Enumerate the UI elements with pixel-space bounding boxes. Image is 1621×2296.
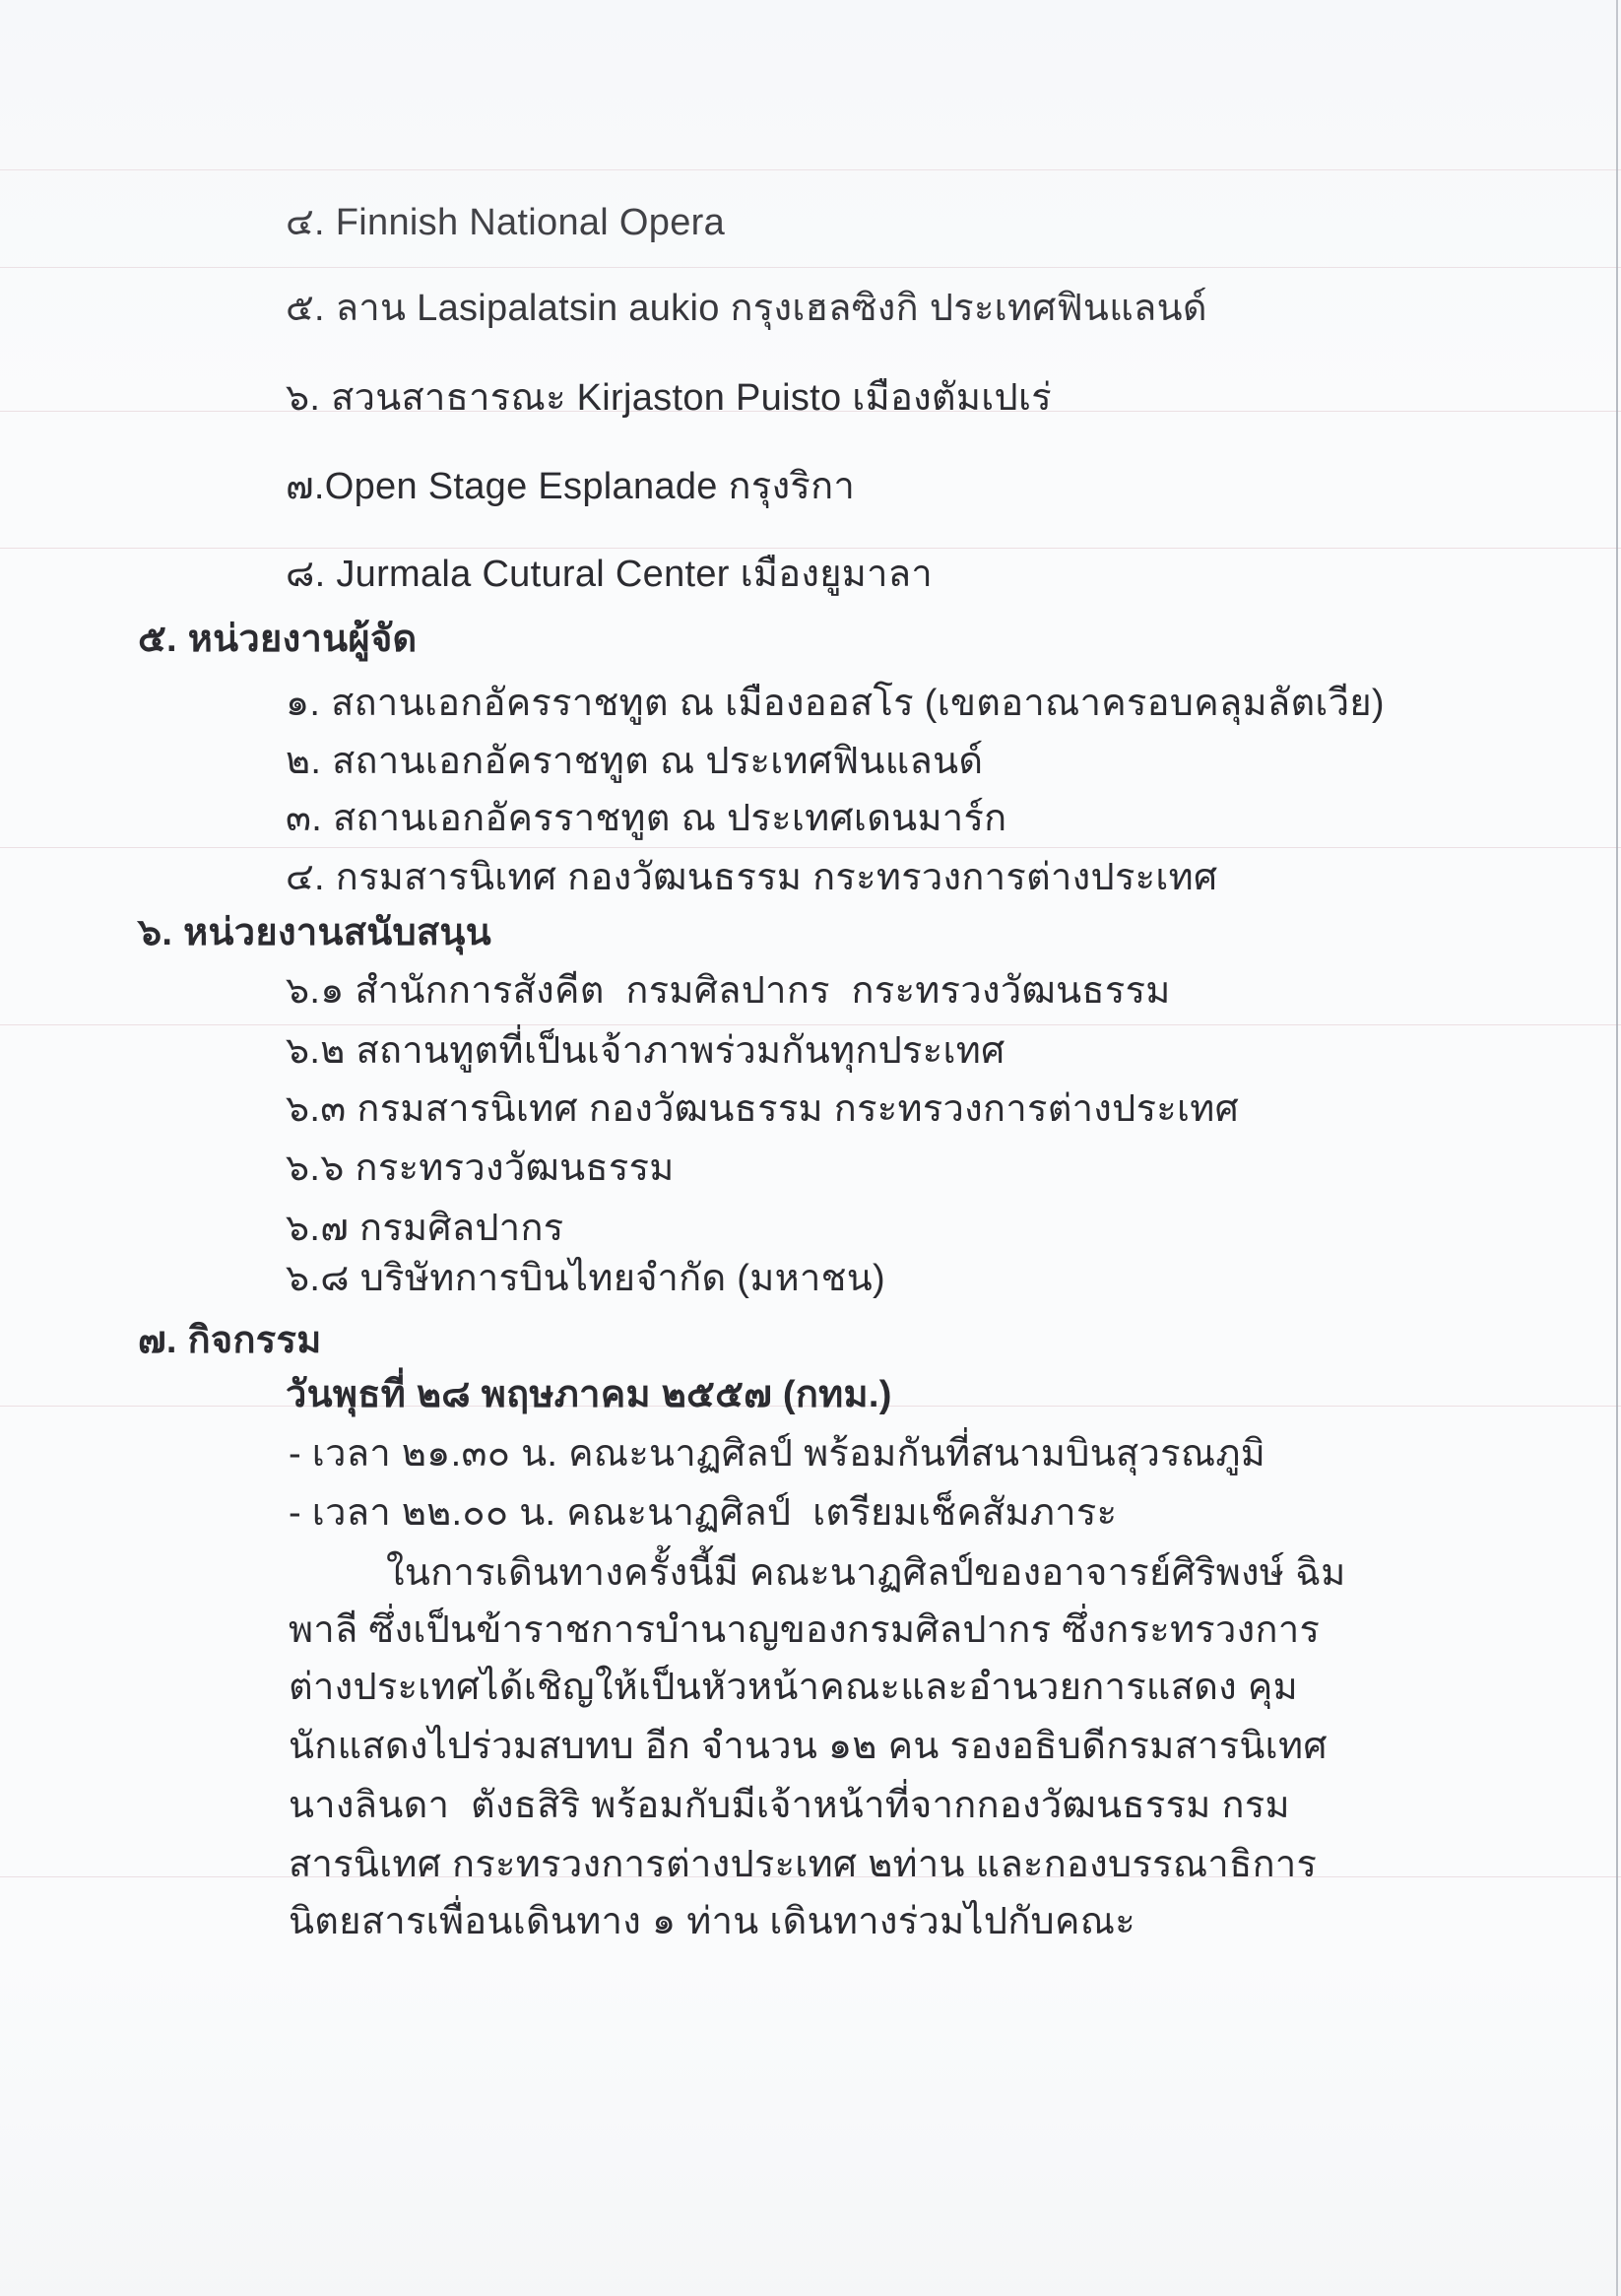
section-activities-heading: ๗. กิจกรรม (138, 1320, 322, 1363)
scan-artifact-line (0, 1024, 1621, 1025)
paragraph-line-7: นิตยสารเพื่อนเดินทาง ๑ ท่าน เดินทางร่วมไ… (289, 1901, 1135, 1944)
scan-artifact-line (0, 847, 1621, 848)
venue-list-item-7: ๗.Open Stage Esplanade กรุงริกา (286, 466, 855, 509)
organizer-item-3: ๓. สถานเอกอัครราชทูต ณ ประเทศเดนมาร์ก (286, 798, 1006, 841)
section-supporters-heading: ๖. หน่วยงานสนับสนุน (138, 912, 491, 955)
venue-list-item-6: ๖. สวนสาธารณะ Kirjaston Puisto เมืองตัมเ… (286, 377, 1052, 421)
scanned-document-page: ๔. Finnish National Opera ๕. ลาน Lasipal… (0, 0, 1621, 2296)
paragraph-line-2: พาลี ซึ่งเป็นข้าราชการบำนาญของกรมศิลปากร… (289, 1609, 1320, 1653)
supporter-item-6-1: ๖.๑ สำนักการสังคีต กรมศิลปากร กระทรวงวัฒ… (286, 970, 1171, 1014)
scan-edge-line (1616, 0, 1618, 2296)
paragraph-line-6: สารนิเทศ กระทรวงการต่างประเทศ ๒ท่าน และก… (289, 1844, 1317, 1887)
supporter-item-6-8: ๖.๘ บริษัทการบินไทยจำกัด (มหาชน) (286, 1258, 885, 1301)
organizer-item-4: ๔. กรมสารนิเทศ กองวัฒนธรรม กระทรวงการต่า… (286, 857, 1217, 900)
venue-list-item-5: ๕. ลาน Lasipalatsin aukio กรุงเฮลซิงกิ ป… (286, 288, 1207, 331)
organizer-item-2: ๒. สถานเอกอัคราชทูต ณ ประเทศฟินแลนด์ (286, 741, 983, 784)
scan-artifact-line (0, 548, 1621, 549)
section-organizers-heading: ๕. หน่วยงานผู้จัด (138, 619, 417, 662)
venue-list-item-8: ๘. Jurmala Cutural Center เมืองยูมาลา (286, 554, 933, 597)
schedule-item-1: - เวลา ๒๑.๓๐ น. คณะนาฏศิลป์ พร้อมกันที่ส… (289, 1433, 1265, 1476)
supporter-item-6-2: ๖.๒ สถานทูตที่เป็นเจ้าภาพร่วมกันทุกประเท… (286, 1030, 1005, 1074)
supporter-item-6-6: ๖.๖ กระทรวงวัฒนธรรม (286, 1148, 675, 1191)
paragraph-line-5: นางลินดา ตังธสิริ พร้อมกับมีเจ้าหน้าที่จ… (289, 1785, 1290, 1828)
activities-date-heading: วันพุธที่ ๒๘ พฤษภาคม ๒๕๕๗ (กทม.) (286, 1374, 892, 1417)
organizer-item-1: ๑. สถานเอกอัครราชทูต ณ เมืองออสโร (เขตอา… (286, 683, 1385, 726)
venue-list-item-4: ๔. Finnish National Opera (286, 202, 725, 245)
paragraph-line-3: ต่างประเทศได้เชิญให้เป็นหัวหน้าคณะและอำน… (289, 1667, 1298, 1710)
paragraph-line-4: นักแสดงไปร่วมสบทบ อีก จำนวน ๑๒ คน รองอธิ… (289, 1726, 1328, 1769)
scan-artifact-line (0, 267, 1621, 268)
supporter-item-6-7: ๖.๗ กรมศิลปากร (286, 1208, 563, 1251)
supporter-item-6-3: ๖.๓ กรมสารนิเทศ กองวัฒนธรรม กระทรวงการต่… (286, 1088, 1239, 1132)
paragraph-line-1: ในการเดินทางครั้งนี้มี คณะนาฏศิลป์ของอาจ… (386, 1552, 1346, 1596)
schedule-item-2: - เวลา ๒๒.๐๐ น. คณะนาฏศิลป์ เตรียมเช็คสั… (289, 1492, 1117, 1536)
scan-artifact-line (0, 169, 1621, 170)
